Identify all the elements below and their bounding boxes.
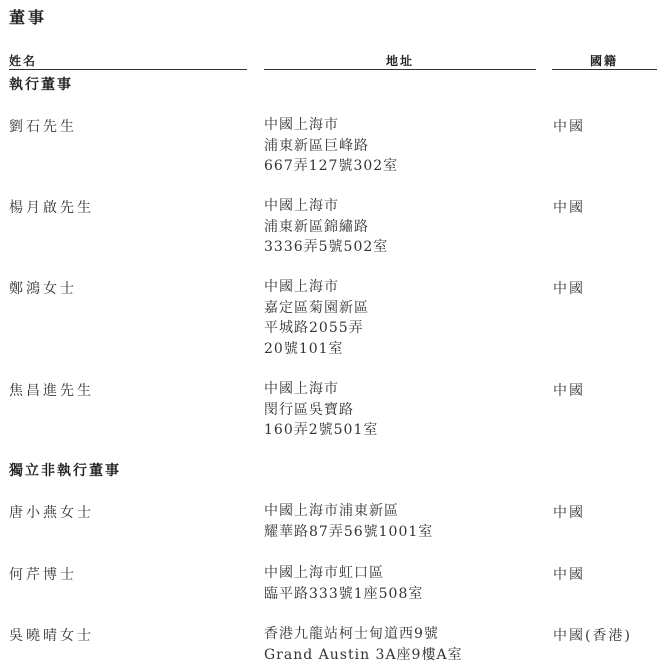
director-nationality: 中國 (553, 380, 585, 400)
director-name: 劉石先生 (9, 116, 77, 136)
director-address: 中國上海市浦東新區 耀華路87弄56號1001室 (264, 501, 433, 542)
director-name: 何芹博士 (9, 564, 77, 584)
column-header-nationality: 國籍 (590, 52, 618, 69)
director-name: 焦昌進先生 (9, 380, 94, 400)
header-rule-address (264, 69, 536, 70)
director-name: 吳曉晴女士 (9, 625, 94, 645)
director-nationality: 中國 (553, 502, 585, 522)
column-header-name: 姓名 (9, 52, 37, 69)
column-header-address: 地址 (386, 52, 414, 69)
director-nationality: 中國 (553, 197, 585, 217)
page-title: 董事 (9, 5, 47, 28)
section-heading-independent: 獨立非執行董事 (9, 460, 121, 480)
header-rule-nationality (552, 69, 657, 70)
director-name: 鄭鴻女士 (9, 278, 77, 298)
director-address: 中國上海市虹口區 臨平路333號1座508室 (264, 563, 423, 604)
director-address: 中國上海市 浦東新區錦繡路 3336弄5號502室 (264, 196, 388, 258)
director-address: 中國上海市 閔行區吳寶路 160弄2號501室 (264, 379, 378, 441)
director-nationality: 中國 (553, 278, 585, 298)
director-name: 楊月啟先生 (9, 197, 94, 217)
director-nationality: 中國 (553, 564, 585, 584)
director-nationality: 中國 (553, 116, 585, 136)
section-heading-executive: 執行董事 (9, 74, 73, 94)
director-address: 中國上海市 嘉定區菊園新區 平城路2055弄 20號101室 (264, 277, 369, 359)
director-address: 香港九龍站柯士甸道西9號 Grand Austin 3A座9樓A室 (264, 624, 463, 665)
director-name: 唐小燕女士 (9, 502, 94, 522)
director-address: 中國上海市 浦東新區巨峰路 667弄127號302室 (264, 115, 398, 177)
director-nationality: 中國(香港) (553, 625, 632, 645)
header-rule-name (9, 69, 247, 70)
